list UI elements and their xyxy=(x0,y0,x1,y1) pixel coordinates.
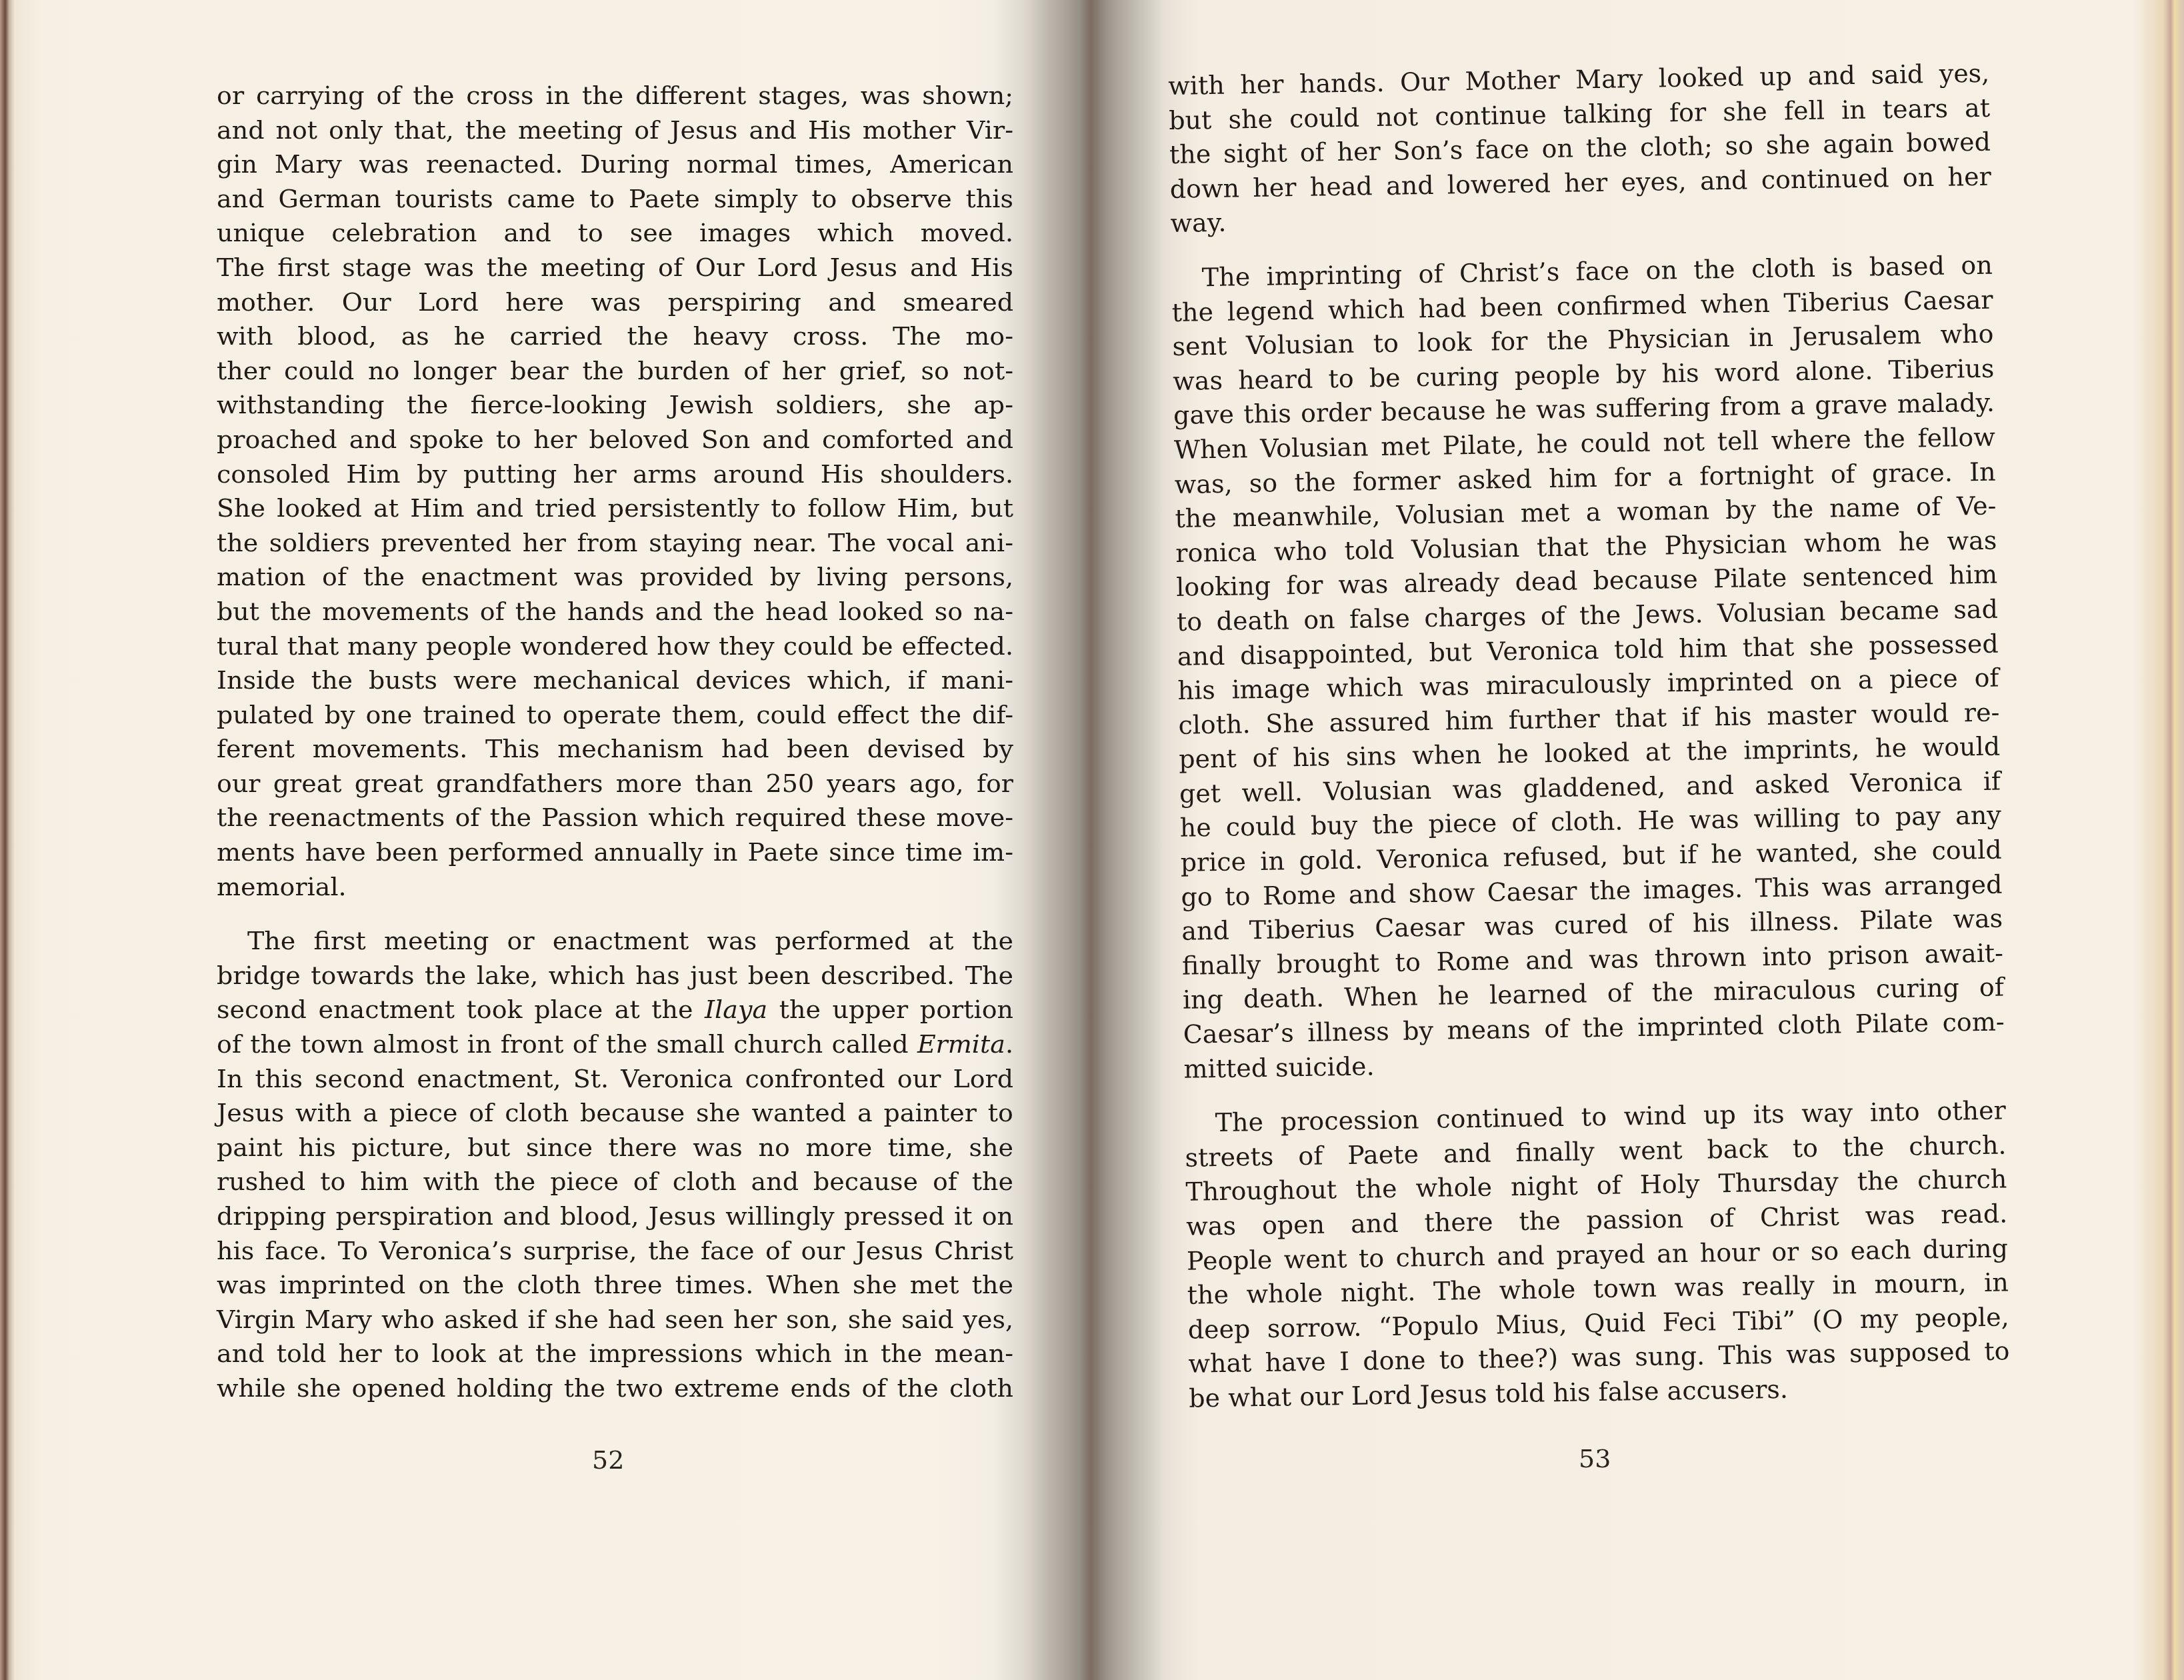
italic-term-ermita: Ermita xyxy=(917,1029,1005,1059)
text-line: The first stage was the meeting of Our L… xyxy=(217,251,1013,285)
text-line: unique celebration and to see images whi… xyxy=(217,216,1013,251)
left-page-body: or carrying of the cross in the differen… xyxy=(217,79,1013,1406)
text-line: paint his picture, but since there was n… xyxy=(217,1131,1013,1165)
text-line: his face. To Veronica’s surprise, the fa… xyxy=(217,1234,1013,1269)
text-line: In this second enactment, St. Veronica c… xyxy=(217,1062,1013,1097)
text-line: Inside the busts were mechanical devices… xyxy=(217,663,1013,698)
text-segment: the upper portion xyxy=(767,995,1013,1024)
text-line: but the movements of the hands and the h… xyxy=(217,595,1013,629)
left-page: or carrying of the cross in the differen… xyxy=(0,0,1080,1680)
text-line: and not only that, the meeting of Jesus … xyxy=(217,113,1013,148)
paragraph: with her hands. Our Mother Mary looked u… xyxy=(1168,57,1992,241)
text-line: ments have been performed annually in Pa… xyxy=(217,835,1013,870)
paragraph: or carrying of the cross in the differen… xyxy=(217,79,1013,904)
text-line: and told her to look at the impressions … xyxy=(217,1337,1013,1371)
right-page: with her hands. Our Mother Mary looked u… xyxy=(1093,0,2184,1680)
text-line: She looked at Him and tried persistently… xyxy=(217,491,1013,526)
page-number: 53 xyxy=(1579,1444,1611,1473)
text-line: The first meeting or enactment was perfo… xyxy=(217,924,1013,959)
text-line: with blood, as he carried the heavy cros… xyxy=(217,319,1013,354)
paragraph: The imprinting of Christ’s face on the c… xyxy=(1171,249,2005,1087)
paragraph: The procession continued to wind up its … xyxy=(1184,1094,2010,1417)
text-line: dripping perspiration and blood, Jesus w… xyxy=(217,1199,1013,1234)
italic-term-ilaya: Ilaya xyxy=(705,995,767,1024)
text-segment: . xyxy=(1005,1029,1013,1059)
text-line: our great great grandfathers more than 2… xyxy=(217,767,1013,801)
text-line: was imprinted on the cloth three times. … xyxy=(217,1268,1013,1303)
text-segment: second enactment took place at the xyxy=(217,995,705,1024)
text-line: mation of the enactment was provided by … xyxy=(217,560,1013,595)
text-line: and German tourists came to Paete simply… xyxy=(217,182,1013,217)
text-line: memorial. xyxy=(217,870,1013,905)
text-line: ferent movements. This mechanism had bee… xyxy=(217,732,1013,767)
text-segment: of the town almost in front of the small… xyxy=(217,1029,917,1059)
text-line: Virgin Mary who asked if she had seen he… xyxy=(217,1303,1013,1337)
text-line: gin Mary was reenacted. During normal ti… xyxy=(217,147,1013,182)
text-line: rushed to him with the piece of cloth an… xyxy=(217,1165,1013,1199)
text-line: mother. Our Lord here was perspiring and… xyxy=(217,285,1013,320)
page-number: 52 xyxy=(592,1445,624,1475)
right-page-body: with her hands. Our Mother Mary looked u… xyxy=(1168,57,2011,1417)
text-line: proached and spoke to her beloved Son an… xyxy=(217,423,1013,457)
text-line: the soldiers prevented her from staying … xyxy=(217,526,1013,561)
text-line: withstanding the fierce-looking Jewish s… xyxy=(217,388,1013,423)
text-line: pulated by one trained to operate them, … xyxy=(217,698,1013,733)
text-line: the reenactments of the Passion which re… xyxy=(217,801,1013,835)
text-line: while she opened holding the two extreme… xyxy=(217,1371,1013,1406)
text-line: or carrying of the cross in the differen… xyxy=(217,79,1013,113)
text-line: bridge towards the lake, which has just … xyxy=(217,959,1013,993)
text-line: second enactment took place at the Ilaya… xyxy=(217,993,1013,1027)
text-line: consoled Him by putting her arms around … xyxy=(217,457,1013,492)
text-line: of the town almost in front of the small… xyxy=(217,1027,1013,1062)
text-line: tural that many people wondered how they… xyxy=(217,629,1013,664)
text-line: Jesus with a piece of cloth because she … xyxy=(217,1096,1013,1131)
paragraph: The first meeting or enactment was perfo… xyxy=(217,924,1013,1405)
text-line: ther could no longer bear the burden of … xyxy=(217,354,1013,389)
